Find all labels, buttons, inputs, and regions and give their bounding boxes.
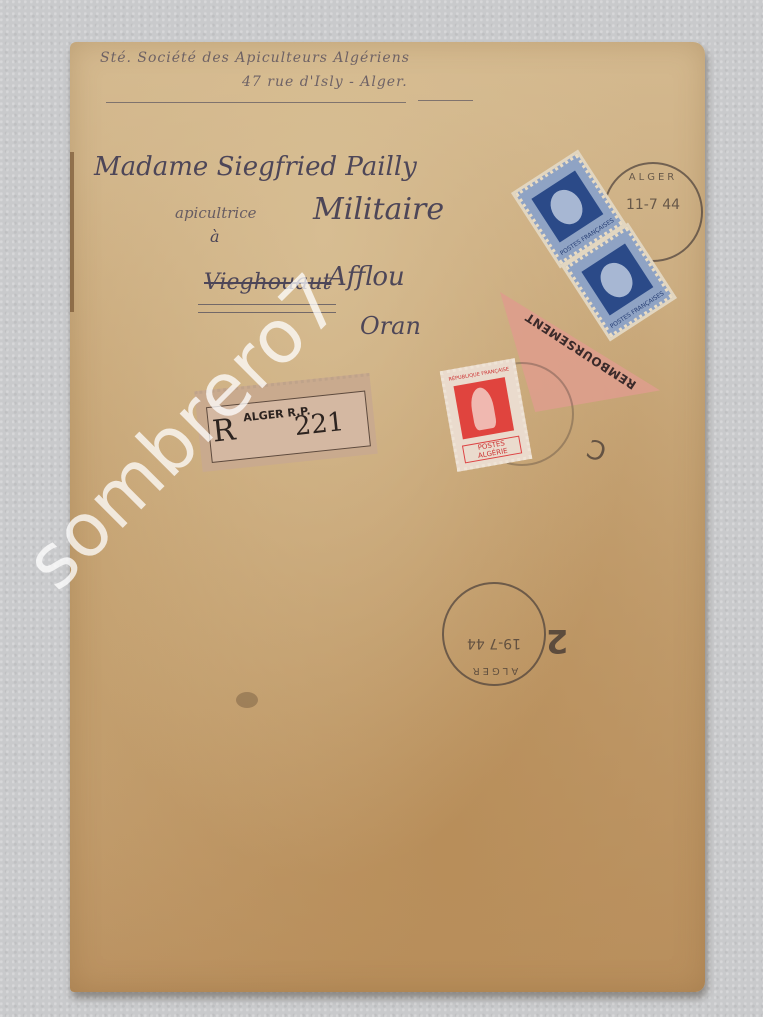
addressee-title: apicultrice (175, 204, 256, 222)
booklet-cover: Sté. Société des Apiculteurs Algériens 4… (70, 42, 705, 992)
ink-blot (236, 692, 258, 708)
sender-line-1: Sté. Société des Apiculteurs Algériens (100, 50, 410, 66)
stamp-portrait (454, 377, 515, 439)
sender-underline-city (418, 100, 473, 101)
small-mark: C (583, 432, 610, 466)
addressee-unit: Militaire (313, 192, 444, 227)
redirect-city: Afflou (328, 262, 405, 292)
redirect-region: Oran (360, 312, 421, 340)
address-preposition: à (210, 227, 220, 246)
addressee-name: Madame Siegfried Pailly (94, 152, 417, 182)
sender-underline (106, 102, 406, 103)
sender-line-2: 47 rue d'Isly - Alger. (242, 74, 408, 90)
large-numeral: 2 (546, 622, 568, 660)
postmark-bottom: ALGER 19-7 44 (442, 582, 546, 686)
registration-number: 221 (293, 407, 346, 442)
spine-shadow (70, 152, 74, 312)
